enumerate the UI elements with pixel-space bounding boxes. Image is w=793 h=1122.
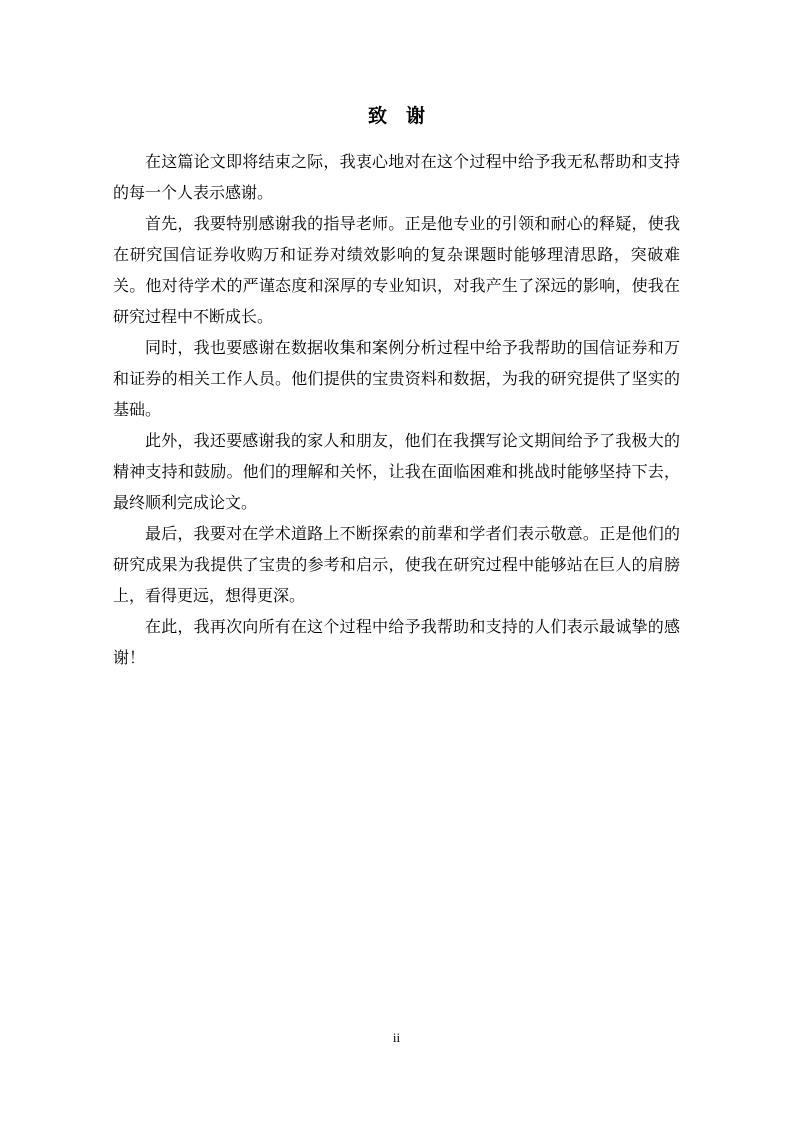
document-page: 致 谢 在这篇论文即将结束之际，我衷心地对在这个过程中给予我无私帮助和支持的每一… [0,0,793,1122]
page-number: ii [393,1030,400,1045]
paragraph-closing: 在此，我再次向所有在这个过程中给予我帮助和支持的人们表示最诚挚的感谢！ [113,612,680,674]
paragraph-scholars-thanks: 最后，我要对在学术道路上不断探索的前辈和学者们表示敬意。正是他们的研究成果为我提… [113,519,680,612]
document-content: 致 谢 在这篇论文即将结束之际，我衷心地对在这个过程中给予我无私帮助和支持的每一… [113,103,680,674]
page-footer: ii [0,1029,793,1047]
paragraph-advisor-thanks: 首先，我要特别感谢我的指导老师。正是他专业的引领和耐心的释疑，使我在研究国信证券… [113,209,680,333]
paragraph-family-thanks: 此外，我还要感谢我的家人和朋友，他们在我撰写论文期间给予了我极大的精神支持和鼓励… [113,426,680,519]
paragraph-staff-thanks: 同时，我也要感谢在数据收集和案例分析过程中给予我帮助的国信证券和万和证券的相关工… [113,333,680,426]
paragraph-intro: 在这篇论文即将结束之际，我衷心地对在这个过程中给予我无私帮助和支持的每一个人表示… [113,147,680,209]
page-title: 致 谢 [113,103,680,131]
